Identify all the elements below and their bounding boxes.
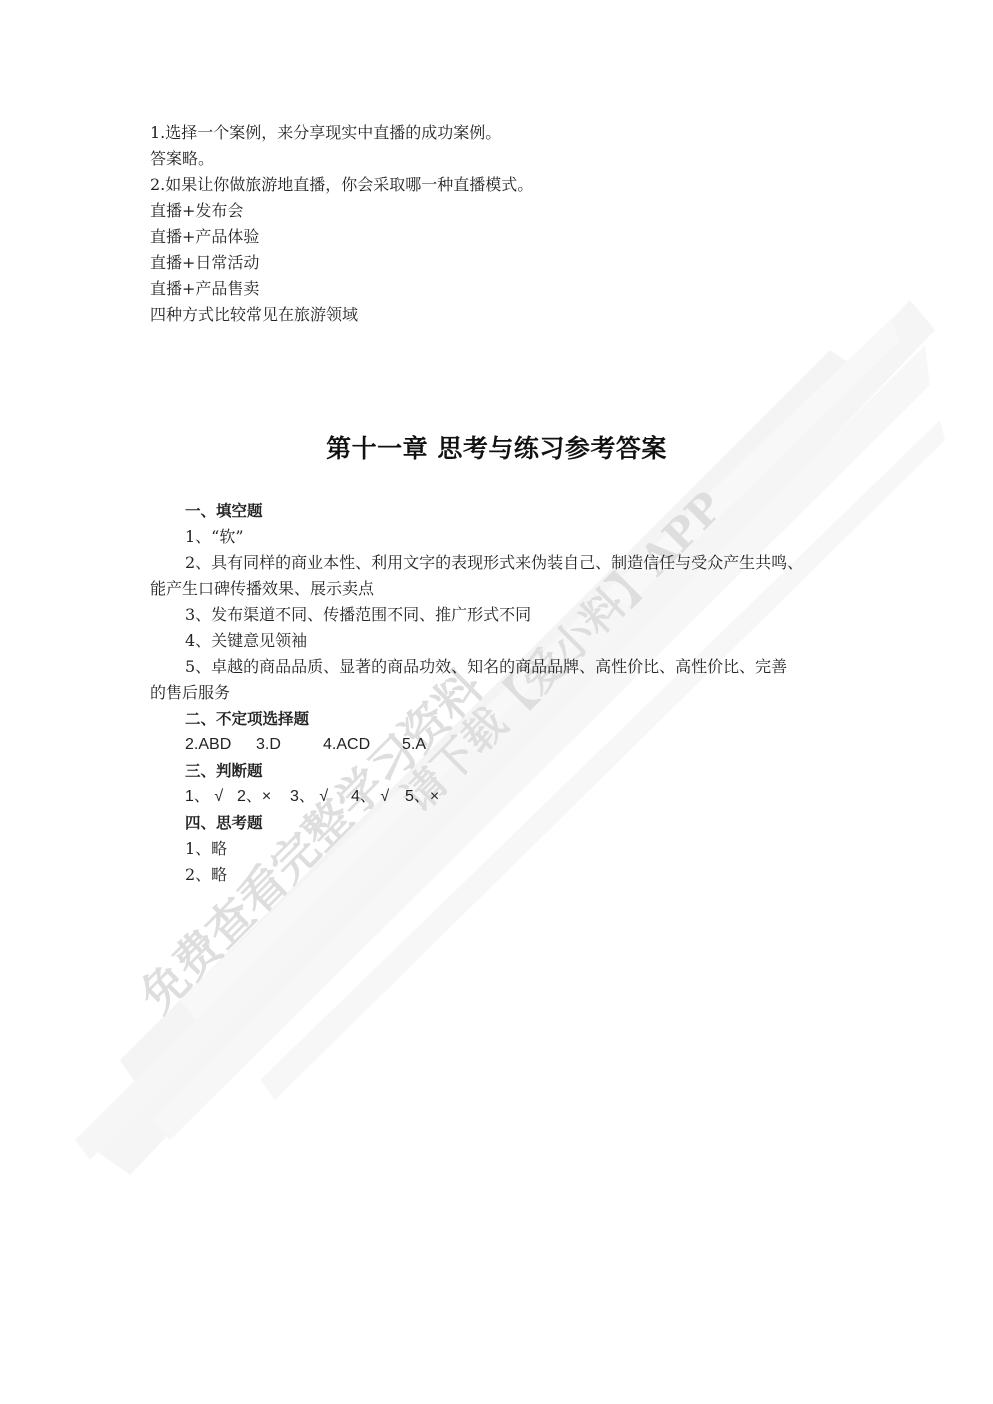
answer-1: 答案略。 xyxy=(150,149,214,169)
answer-item: 2、具有同样的商业本性、利用文字的表现形式来伪装自己、制造信任与受众产生共鸣、 xyxy=(185,553,803,573)
section-heading: 二、不定项选择题 xyxy=(185,709,309,729)
answer-item-continued: 能产生口碑传播效果、展示卖点 xyxy=(150,579,374,599)
judgment-answer: 3、 √ xyxy=(290,787,328,807)
answer-item-continued: 的售后服务 xyxy=(150,683,230,703)
mode-option: 直播+日常活动 xyxy=(150,253,259,273)
answer-item: 4、关键意见领袖 xyxy=(185,631,307,651)
question-1: 1.选择一个案例，来分享现实中直播的成功案例。 xyxy=(150,123,501,143)
section-heading: 三、判断题 xyxy=(185,761,263,781)
judgment-answer: 4、 √ xyxy=(351,787,389,807)
question-2: 2.如果让你做旅游地直播，你会采取哪一种直播模式。 xyxy=(150,175,533,195)
judgment-answer: 1、 √ xyxy=(185,787,223,807)
mode-option: 直播+产品体验 xyxy=(150,227,259,247)
answer-item: 3、发布渠道不同、传播范围不同、推广形式不同 xyxy=(185,605,531,625)
judgment-answer: 5、× xyxy=(405,787,439,807)
mode-option: 直播+发布会 xyxy=(150,201,243,221)
answer-item: 5、卓越的商品品质、显著的商品功效、知名的商品品牌、高性价比、高性价比、完善 xyxy=(185,657,787,677)
judgment-answer: 2、× xyxy=(237,787,271,807)
summary-line: 四种方式比较常见在旅游领域 xyxy=(150,305,358,325)
choice-answer: 2.ABD xyxy=(185,735,231,755)
answer-item: 1、略 xyxy=(185,839,227,859)
document-page: 1.选择一个案例，来分享现实中直播的成功案例。 答案略。 2.如果让你做旅游地直… xyxy=(0,0,993,1404)
section-heading: 一、填空题 xyxy=(185,501,263,521)
choice-answer: 5.A xyxy=(402,735,426,755)
choice-answer: 4.ACD xyxy=(323,735,370,755)
answer-item: 1、“软” xyxy=(185,527,244,547)
section-heading: 四、思考题 xyxy=(185,813,263,833)
answer-item: 2、略 xyxy=(185,865,227,885)
chapter-title: 第十一章 思考与练习参考答案 xyxy=(0,432,993,466)
mode-option: 直播+产品售卖 xyxy=(150,279,259,299)
choice-answer: 3.D xyxy=(256,735,281,755)
